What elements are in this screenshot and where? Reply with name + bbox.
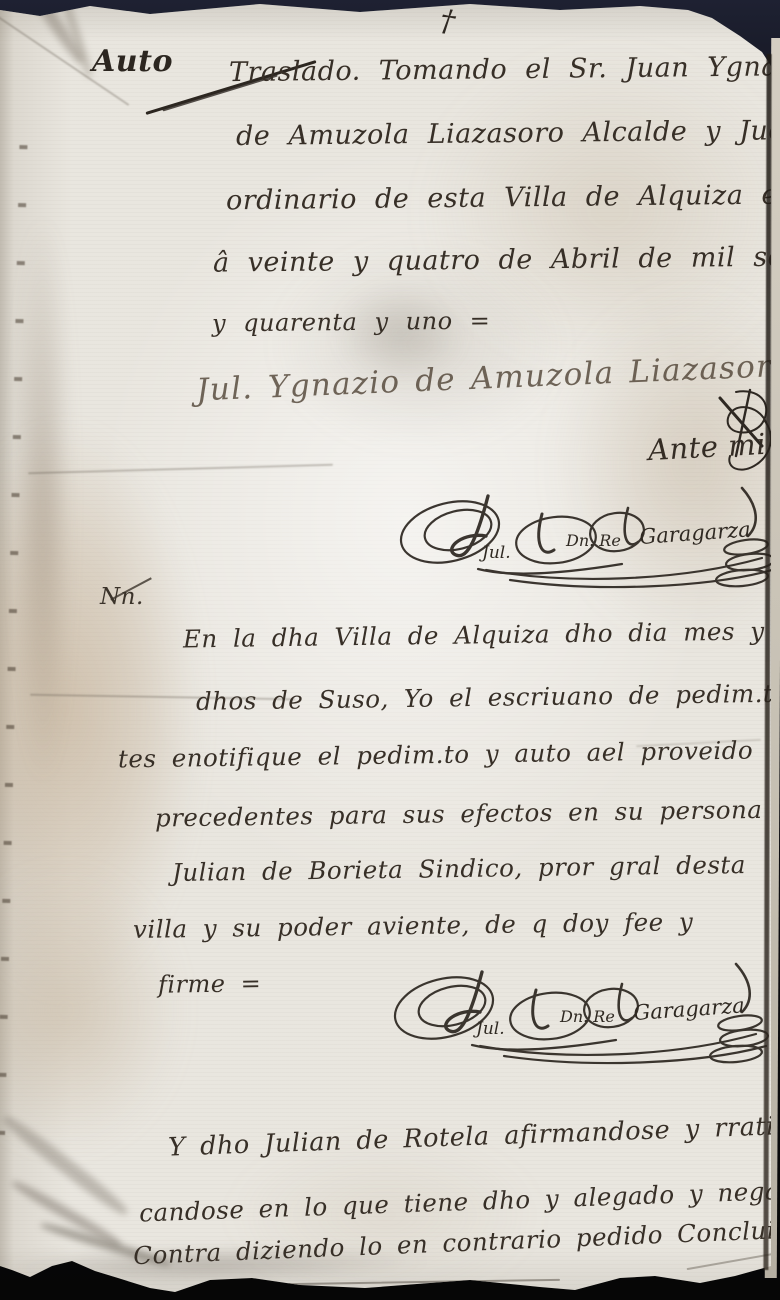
- margin-note: Nn.: [100, 584, 144, 610]
- firme-label: firme =: [158, 969, 262, 998]
- manuscript-line: ordinario de esta Villa de Alquiza en el…: [226, 179, 780, 217]
- manuscript-line: dhos de Suso, Yo el escriuano de pedim.t…: [196, 677, 780, 716]
- manuscript-line: En la dha Villa de Alquiza dho dia mes y…: [183, 616, 780, 654]
- rubric-initials: Jul.: [473, 1019, 505, 1039]
- invocation-cross-icon: †: [438, 3, 458, 40]
- margin-heading-auto: Auto: [92, 44, 173, 79]
- paper-sheet: † Auto Traslado. Tomando el Sr. Juan Ygn…: [0, 0, 780, 1300]
- manuscript-scan: † Auto Traslado. Tomando el Sr. Juan Ygn…: [0, 0, 780, 1300]
- manuscript-line: de Amuzola Liazasoro Alcalde y Juez: [236, 115, 780, 152]
- rubric-abbrev: Dn. Re: [559, 1007, 615, 1026]
- rubric-surname: Garagarza: [633, 993, 746, 1025]
- rubric-abbrev: Dn. Re: [565, 531, 621, 550]
- manuscript-line: villa y su poder aviente, de q doy fee y: [133, 907, 694, 944]
- manuscript-line: y quarenta y uno =: [212, 307, 491, 338]
- manuscript-line: precedentes para sus efectos en su perso…: [155, 795, 780, 833]
- manuscript-line: â veinte y quatro de Abril de mil seteci…: [213, 240, 780, 278]
- notary-rubric-flourish: Jul. Dn. Re Garagarza: [384, 960, 774, 1075]
- manuscript-line: tes enotifique el pedim.to y auto ael pr…: [118, 736, 754, 774]
- rubric-initials: Jul.: [479, 543, 511, 563]
- manuscript-line: Julian de Borieta Sindico, pror gral des…: [172, 850, 746, 887]
- rubric-surname: Garagarza: [639, 517, 752, 549]
- manuscript-line: Traslado. Tomando el Sr. Juan Ygnacio: [229, 51, 780, 88]
- gutter-smudge: [16, 215, 70, 785]
- notary-rubric-flourish: Jul. Dn. Re Garagarza: [390, 484, 780, 599]
